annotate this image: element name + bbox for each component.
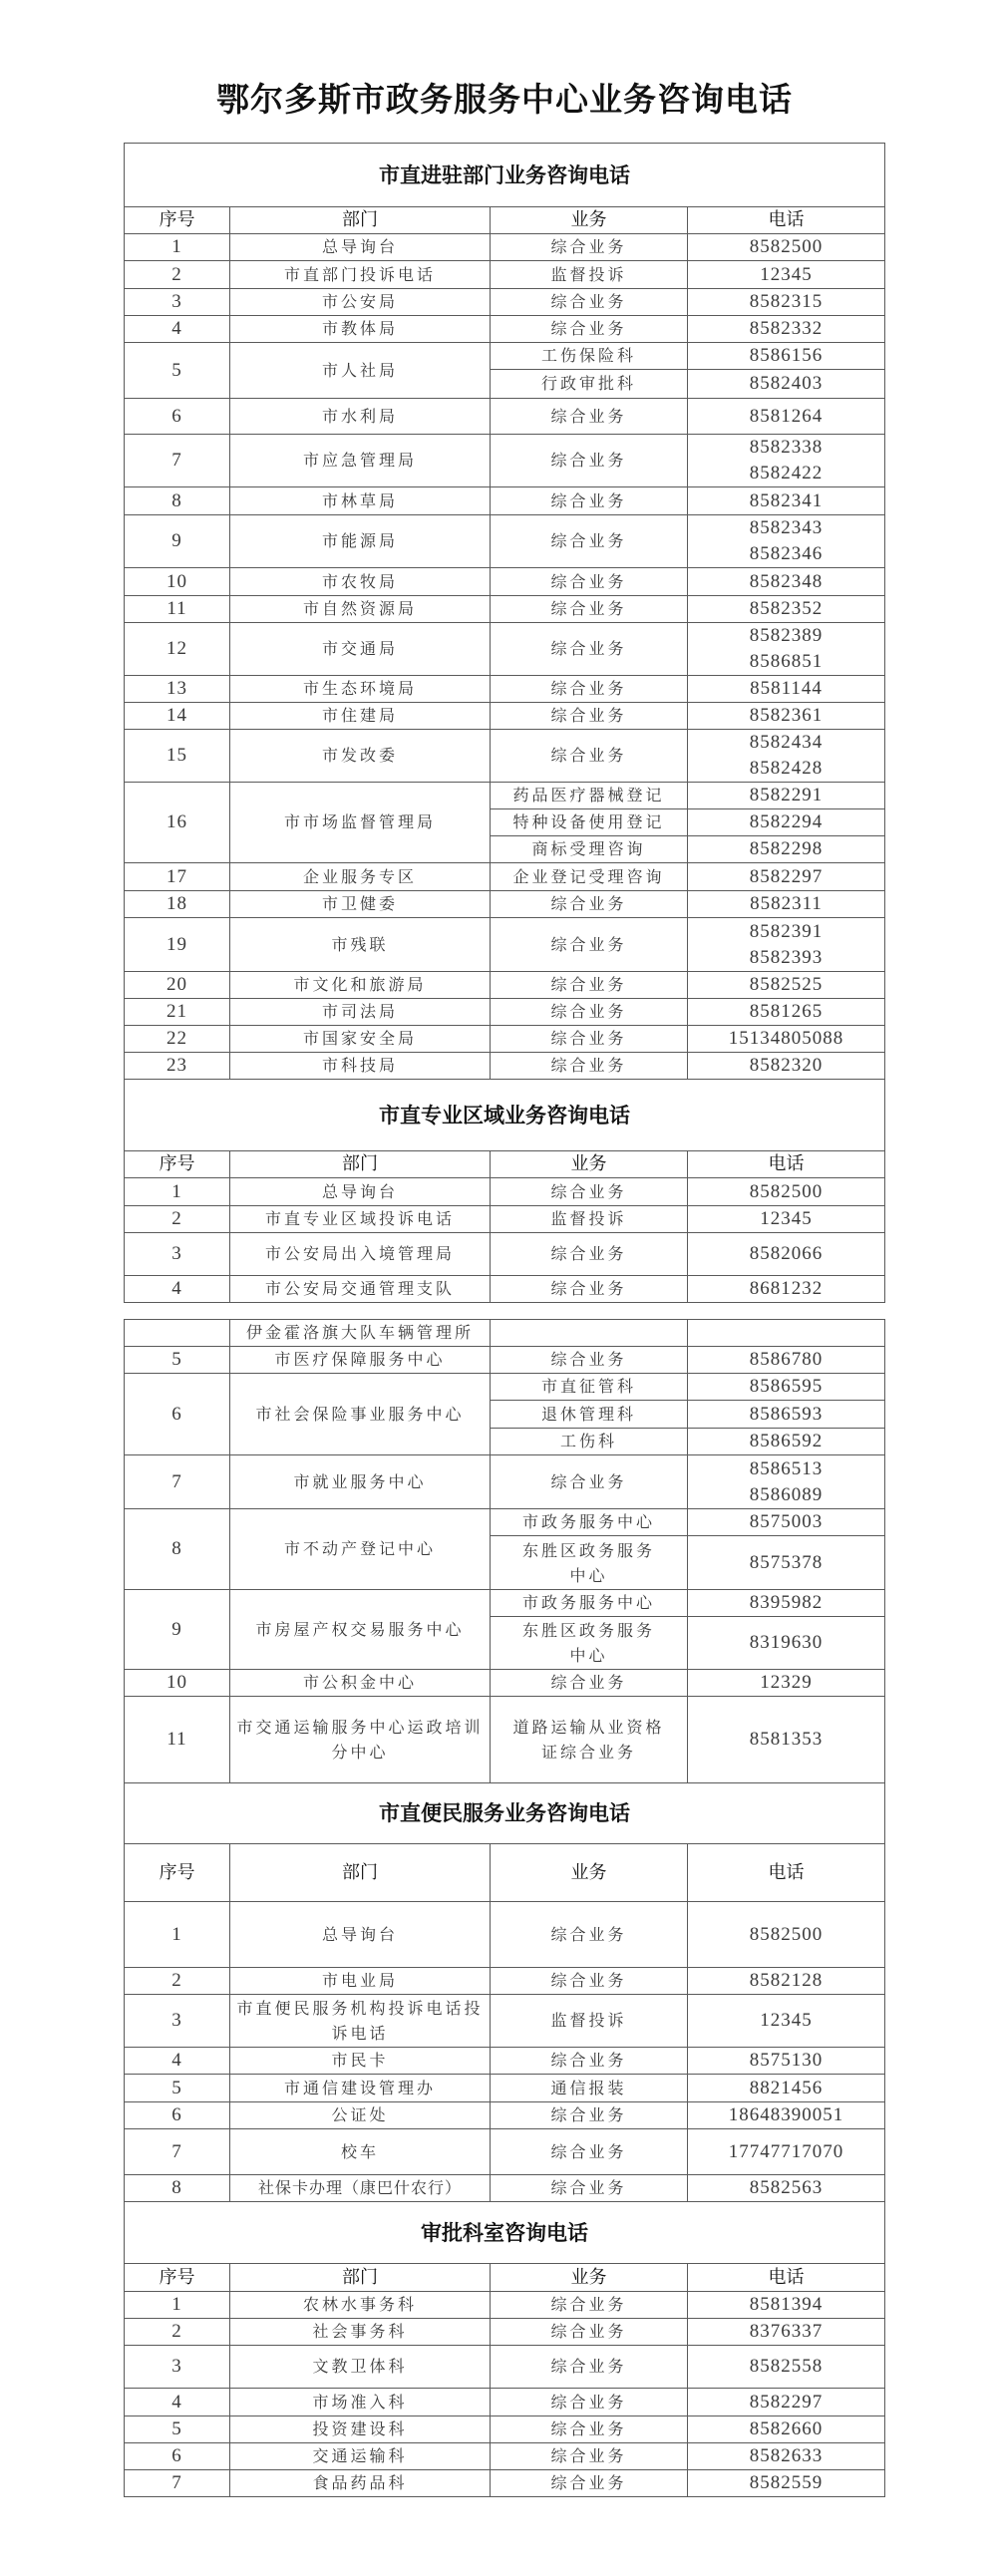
row-biz: 市政务服务中心 [491, 1509, 688, 1536]
row-no: 6 [125, 2102, 230, 2129]
row-no: 10 [125, 568, 230, 596]
row-dept: 市市场监督管理局 [230, 783, 491, 863]
header-biz: 业务 [491, 1151, 688, 1178]
phone-line[interactable]: 8582343 [688, 515, 884, 541]
row-phone[interactable]: 12345 [688, 261, 885, 289]
table-row: 4 市场准入科 综合业务 8582297 [125, 2389, 885, 2416]
row-no: 12 [125, 623, 230, 676]
row-dept: 市司法局 [230, 999, 491, 1026]
row-no: 3 [125, 2346, 230, 2389]
phone-line[interactable]: 8582338 [688, 435, 884, 461]
header-dept: 部门 [230, 1151, 491, 1178]
phone-line[interactable]: 8582391 [688, 919, 884, 945]
table-row: 4 市民卡 综合业务 8575130 [125, 2048, 885, 2075]
table-row: 3 市公安局 综合业务 8582315 [125, 289, 885, 316]
row-no: 8 [125, 2175, 230, 2202]
row-no: 3 [125, 1233, 230, 1276]
row-phone[interactable]: 8586513 8586089 [688, 1455, 885, 1509]
row-biz: 综合业务 [491, 2048, 688, 2075]
row-phone[interactable]: 8582403 [688, 370, 885, 399]
table-row: 8 市林草局 综合业务 8582341 [125, 487, 885, 515]
row-biz: 综合业务 [491, 1178, 688, 1206]
row-phone[interactable]: 8582500 [688, 1178, 885, 1206]
table-row: 4 市教体局 综合业务 8582332 [125, 316, 885, 343]
section-title: 市直专业区域业务咨询电话 [125, 1080, 885, 1151]
table-row: 11 市自然资源局 综合业务 8582352 [125, 596, 885, 623]
row-no: 5 [125, 1347, 230, 1374]
row-no: 14 [125, 703, 230, 730]
row-no: 2 [125, 261, 230, 289]
row-dept: 市人社局 [230, 343, 491, 399]
row-dept: 农林水事务科 [230, 2292, 491, 2319]
table-row: 23 市科技局 综合业务 8582320 [125, 1053, 885, 1080]
row-no: 5 [125, 2075, 230, 2102]
row-phone[interactable]: 8575378 [688, 1536, 885, 1590]
header-biz: 业务 [491, 207, 688, 234]
row-phone[interactable]: 12345 [688, 1995, 885, 2048]
header-phone: 电话 [688, 2264, 885, 2292]
row-biz: 综合业务 [491, 316, 688, 343]
table-row: 16 市市场监督管理局 药品医疗器械登记 8582291 [125, 783, 885, 809]
row-dept: 市交通局 [230, 623, 491, 676]
row-biz: 综合业务 [491, 1902, 688, 1968]
row-biz: 综合业务 [491, 289, 688, 316]
table-row: 7 校车 综合业务 17747717070 [125, 2129, 885, 2175]
table-row: 2 市直专业区域投诉电话 监督投诉 12345 [125, 1206, 885, 1233]
row-phone[interactable]: 12345 [688, 1206, 885, 1233]
header-no: 序号 [125, 2264, 230, 2292]
table-row: 14 市住建局 综合业务 8582361 [125, 703, 885, 730]
row-no: 4 [125, 1276, 230, 1303]
row-no: 17 [125, 863, 230, 891]
row-dept: 社会事务科 [230, 2319, 491, 2346]
column-header-row: 序号 部门 业务 电话 [125, 2264, 885, 2292]
row-dept: 市通信建设管理办 [230, 2075, 491, 2102]
row-dept: 市水利局 [230, 399, 491, 435]
row-biz: 综合业务 [491, 2175, 688, 2202]
row-dept: 公证处 [230, 2102, 491, 2129]
table-row-continuation: 伊金霍洛旗大队车辆管理所 [125, 1320, 885, 1347]
row-no: 21 [125, 999, 230, 1026]
row-phone[interactable]: 8582294 [688, 809, 885, 836]
row-dept: 总导询台 [230, 1902, 491, 1968]
row-biz: 综合业务 [491, 1026, 688, 1053]
row-dept: 市不动产登记中心 [230, 1509, 491, 1590]
row-phone[interactable]: 8582500 [688, 1902, 885, 1968]
row-phone[interactable]: 8582128 [688, 1968, 885, 1995]
row-biz: 监督投诉 [491, 1995, 688, 2048]
row-phone[interactable]: 85823438582346 [688, 515, 885, 568]
row-no: 11 [125, 1697, 230, 1783]
row-phone[interactable]: 8582352 [688, 596, 885, 623]
row-dept: 市民卡 [230, 2048, 491, 2075]
row-biz: 综合业务 [491, 918, 688, 972]
row-phone[interactable]: 8581265 [688, 999, 885, 1026]
row-phone[interactable]: 8575003 [688, 1509, 885, 1536]
row-biz: 综合业务 [491, 2470, 688, 2497]
row-biz: 综合业务 [491, 596, 688, 623]
row-no: 10 [125, 1670, 230, 1697]
row-phone[interactable]: 8586595 [688, 1374, 885, 1401]
row-biz: 综合业务 [491, 1670, 688, 1697]
row-phone[interactable]: 8582559 [688, 2470, 885, 2497]
row-no: 2 [125, 1968, 230, 1995]
table-row: 9 市房屋产权交易服务中心 市政务服务中心 8395982 [125, 1590, 885, 1617]
row-biz: 道路运输从业资格证综合业务 [491, 1697, 688, 1783]
row-biz: 东胜区政务服务中心 [491, 1536, 688, 1590]
row-phone[interactable]: 8582660 [688, 2416, 885, 2443]
row-biz: 退休管理科 [491, 1401, 688, 1429]
row-biz: 市政务服务中心 [491, 1590, 688, 1617]
row-dept: 市社会保险事业服务中心 [230, 1374, 491, 1455]
row-phone[interactable]: 8581144 [688, 676, 885, 703]
row-biz: 工伤保险科 [491, 343, 688, 370]
row-biz: 综合业务 [491, 568, 688, 596]
table-row: 3 文教卫体科 综合业务 8582558 [125, 2346, 885, 2389]
phone-line[interactable]: 8582434 [688, 730, 884, 756]
row-biz: 综合业务 [491, 730, 688, 783]
row-no: 6 [125, 399, 230, 435]
row-dept: 投资建设科 [230, 2416, 491, 2443]
row-dept: 市应急管理局 [230, 435, 491, 487]
row-dept: 市发改委 [230, 730, 491, 783]
table-row: 6 交通运输科 综合业务 8582633 [125, 2443, 885, 2470]
row-biz: 商标受理咨询 [491, 836, 688, 863]
row-no: 19 [125, 918, 230, 972]
row-biz: 综合业务 [491, 399, 688, 435]
row-phone[interactable]: 8582066 [688, 1233, 885, 1276]
row-phone[interactable]: 8582563 [688, 2175, 885, 2202]
row-phone[interactable]: 12329 [688, 1670, 885, 1697]
header-no: 序号 [125, 207, 230, 234]
row-dept: 市直便民服务机构投诉电话投诉电话 [230, 1995, 491, 2048]
row-phone[interactable]: 8582558 [688, 2346, 885, 2389]
row-phone[interactable]: 15134805088 [688, 1026, 885, 1053]
row-biz: 东胜区政务服务中心 [491, 1617, 688, 1670]
row-no: 5 [125, 2416, 230, 2443]
row-no: 6 [125, 2443, 230, 2470]
row-biz: 通信报装 [491, 2075, 688, 2102]
header-phone: 电话 [688, 1844, 885, 1902]
row-dept: 总导询台 [230, 1178, 491, 1206]
header-no: 序号 [125, 1844, 230, 1902]
table-row: 7 市就业服务中心 综合业务 8586513 8586089 [125, 1455, 885, 1509]
row-dept: 市生态环境局 [230, 676, 491, 703]
row-biz: 综合业务 [491, 435, 688, 487]
row-biz: 综合业务 [491, 515, 688, 568]
row-phone[interactable]: 8821456 [688, 2075, 885, 2102]
row-dept: 市国家安全局 [230, 1026, 491, 1053]
row-dept: 市文化和旅游局 [230, 972, 491, 999]
row-phone[interactable]: 8575130 [688, 2048, 885, 2075]
row-dept: 市林草局 [230, 487, 491, 515]
row-no: 3 [125, 289, 230, 316]
row-biz: 综合业务 [491, 2389, 688, 2416]
row-biz: 监督投诉 [491, 261, 688, 289]
row-no: 5 [125, 343, 230, 399]
table-row: 5 市人社局 工伤保险科 8586156 [125, 343, 885, 370]
row-phone[interactable]: 8581353 [688, 1697, 885, 1783]
row-no: 2 [125, 2319, 230, 2346]
table-row: 13 市生态环境局 综合业务 8581144 [125, 676, 885, 703]
header-phone: 电话 [688, 207, 885, 234]
row-biz: 综合业务 [491, 1968, 688, 1995]
table-row: 5 市医疗保障服务中心 综合业务 8586780 [125, 1347, 885, 1374]
table-row: 1 总导询台 综合业务 8582500 [125, 234, 885, 261]
table-row: 7 市应急管理局 综合业务 85823388582422 [125, 435, 885, 487]
phone-line[interactable]: 8586851 [688, 649, 884, 675]
header-biz: 业务 [491, 1844, 688, 1902]
table-row: 11 市交通运输服务中心运政培训分中心 道路运输从业资格证综合业务 858135… [125, 1697, 885, 1783]
table-row: 5 市通信建设管理办 通信报装 8821456 [125, 2075, 885, 2102]
row-no: 7 [125, 435, 230, 487]
row-no: 16 [125, 783, 230, 863]
row-no: 4 [125, 316, 230, 343]
row-biz: 综合业务 [491, 2292, 688, 2319]
row-dept: 伊金霍洛旗大队车辆管理所 [230, 1320, 491, 1347]
table-row: 6 公证处 综合业务 18648390051 [125, 2102, 885, 2129]
table-row: 6 市水利局 综合业务 8581264 [125, 399, 885, 435]
row-no: 7 [125, 2470, 230, 2497]
empty-cell [491, 1320, 688, 1347]
row-dept: 市科技局 [230, 1053, 491, 1080]
table-row: 18 市卫健委 综合业务 8582311 [125, 891, 885, 918]
section-title: 审批科室咨询电话 [125, 2202, 885, 2264]
row-phone[interactable]: 8582297 [688, 2389, 885, 2416]
row-no: 8 [125, 487, 230, 515]
table-row: 10 市公积金中心 综合业务 12329 [125, 1670, 885, 1697]
row-dept: 市公安局出入境管理局 [230, 1233, 491, 1276]
phone-line[interactable]: 8582346 [688, 541, 884, 567]
row-dept: 社保卡办理（康巴什农行） [230, 2175, 491, 2202]
row-biz: 综合业务 [491, 2416, 688, 2443]
row-phone[interactable]: 8376337 [688, 2319, 885, 2346]
table-row: 1 总导询台 综合业务 8582500 [125, 1178, 885, 1206]
row-dept: 市直部门投诉电话 [230, 261, 491, 289]
row-dept: 交通运输科 [230, 2443, 491, 2470]
table-row: 17 企业服务专区 企业登记受理咨询 8582297 [125, 863, 885, 891]
row-no: 1 [125, 1902, 230, 1968]
row-phone[interactable]: 8582633 [688, 2443, 885, 2470]
row-phone[interactable]: 8395982 [688, 1590, 885, 1617]
row-phone[interactable]: 8582315 [688, 289, 885, 316]
row-dept: 市房屋产权交易服务中心 [230, 1590, 491, 1670]
row-biz: 综合业务 [491, 891, 688, 918]
row-phone[interactable]: 8582348 [688, 568, 885, 596]
phone-line[interactable]: 8582428 [688, 756, 884, 782]
header-dept: 部门 [230, 207, 491, 234]
row-biz: 综合业务 [491, 1276, 688, 1303]
row-no: 6 [125, 1374, 230, 1455]
row-no: 1 [125, 1178, 230, 1206]
row-biz: 综合业务 [491, 972, 688, 999]
table-row: 6 市社会保险事业服务中心 市直征管科 8586595 [125, 1374, 885, 1401]
row-no: 23 [125, 1053, 230, 1080]
table-row: 19 市残联 综合业务 85823918582393 [125, 918, 885, 972]
row-no: 4 [125, 2048, 230, 2075]
row-no: 7 [125, 1455, 230, 1509]
row-phone[interactable]: 85823918582393 [688, 918, 885, 972]
row-dept: 市住建局 [230, 703, 491, 730]
row-dept: 市残联 [230, 918, 491, 972]
table-row: 10 市农牧局 综合业务 8582348 [125, 568, 885, 596]
empty-cell [125, 1320, 230, 1347]
row-no: 2 [125, 1206, 230, 1233]
phone-line[interactable]: 8582389 [688, 623, 884, 649]
table-row: 7 食品药品科 综合业务 8582559 [125, 2470, 885, 2497]
row-no: 7 [125, 2129, 230, 2175]
table-row: 15 市发改委 综合业务 85824348582428 [125, 730, 885, 783]
table-row: 2 市电业局 综合业务 8582128 [125, 1968, 885, 1995]
row-dept: 市电业局 [230, 1968, 491, 1995]
row-dept: 市能源局 [230, 515, 491, 568]
row-biz: 综合业务 [491, 2102, 688, 2129]
row-biz: 综合业务 [491, 2346, 688, 2389]
row-phone[interactable]: 8582298 [688, 836, 885, 863]
row-no: 8 [125, 1509, 230, 1590]
row-phone[interactable]: 8582297 [688, 863, 885, 891]
row-biz: 综合业务 [491, 999, 688, 1026]
row-biz: 综合业务 [491, 623, 688, 676]
row-biz: 综合业务 [491, 1053, 688, 1080]
row-phone[interactable]: 85824348582428 [688, 730, 885, 783]
row-phone[interactable]: 8586593 [688, 1401, 885, 1429]
row-phone[interactable]: 8582311 [688, 891, 885, 918]
row-biz: 监督投诉 [491, 1206, 688, 1233]
row-dept: 市自然资源局 [230, 596, 491, 623]
row-no: 18 [125, 891, 230, 918]
row-phone[interactable]: 8581264 [688, 399, 885, 435]
section-title: 市直便民服务业务咨询电话 [125, 1783, 885, 1844]
row-dept: 市公积金中心 [230, 1670, 491, 1697]
table-row: 22 市国家安全局 综合业务 15134805088 [125, 1026, 885, 1053]
row-dept: 总导询台 [230, 234, 491, 261]
row-dept: 市农牧局 [230, 568, 491, 596]
row-phone[interactable]: 8582341 [688, 487, 885, 515]
row-phone[interactable]: 8582525 [688, 972, 885, 999]
row-dept: 文教卫体科 [230, 2346, 491, 2389]
row-no: 11 [125, 596, 230, 623]
row-phone[interactable]: 8582291 [688, 783, 885, 809]
row-biz: 企业登记受理咨询 [491, 863, 688, 891]
header-dept: 部门 [230, 2264, 491, 2292]
row-phone[interactable]: 17747717070 [688, 2129, 885, 2175]
row-no: 15 [125, 730, 230, 783]
row-biz: 综合业务 [491, 703, 688, 730]
table-row: 1 总导询台 综合业务 8582500 [125, 1902, 885, 1968]
row-biz: 市直征管科 [491, 1374, 688, 1401]
column-header-row: 序号 部门 业务 电话 [125, 207, 885, 234]
row-dept: 市交通运输服务中心运政培训分中心 [230, 1697, 491, 1783]
header-dept: 部门 [230, 1844, 491, 1902]
row-no: 9 [125, 1590, 230, 1670]
table-row: 4 市公安局交通管理支队 综合业务 8681232 [125, 1276, 885, 1303]
row-dept: 市公安局 [230, 289, 491, 316]
table-row: 8 社保卡办理（康巴什农行） 综合业务 8582563 [125, 2175, 885, 2202]
row-no: 20 [125, 972, 230, 999]
row-dept: 市就业服务中心 [230, 1455, 491, 1509]
row-phone[interactable]: 8586592 [688, 1429, 885, 1455]
phone-line[interactable]: 8582422 [688, 461, 884, 486]
phone-table-continued: 伊金霍洛旗大队车辆管理所 5 市医疗保障服务中心 综合业务 8586780 6 … [124, 1319, 885, 2497]
section-title: 市直进驻部门业务咨询电话 [125, 144, 885, 207]
header-no: 序号 [125, 1151, 230, 1178]
table-row: 2 市直部门投诉电话 监督投诉 12345 [125, 261, 885, 289]
table-row: 20 市文化和旅游局 综合业务 8582525 [125, 972, 885, 999]
header-phone: 电话 [688, 1151, 885, 1178]
table-row: 1 农林水事务科 综合业务 8581394 [125, 2292, 885, 2319]
row-biz: 药品医疗器械登记 [491, 783, 688, 809]
row-no: 13 [125, 676, 230, 703]
row-phone[interactable]: 8582500 [688, 234, 885, 261]
row-no: 3 [125, 1995, 230, 2048]
row-biz: 综合业务 [491, 1233, 688, 1276]
row-biz: 特种设备使用登记 [491, 809, 688, 836]
row-dept: 市场准入科 [230, 2389, 491, 2416]
row-no: 1 [125, 2292, 230, 2319]
row-biz: 工伤科 [491, 1429, 688, 1455]
row-no: 9 [125, 515, 230, 568]
table-row: 5 投资建设科 综合业务 8582660 [125, 2416, 885, 2443]
row-biz: 综合业务 [491, 676, 688, 703]
row-phone[interactable]: 8586156 [688, 343, 885, 370]
row-no: 1 [125, 234, 230, 261]
row-phone[interactable]: 85823388582422 [688, 435, 885, 487]
table-row: 3 市公安局出入境管理局 综合业务 8582066 [125, 1233, 885, 1276]
row-dept: 市教体局 [230, 316, 491, 343]
document-title: 鄂尔多斯市政务服务中心业务咨询电话 [0, 78, 997, 122]
row-biz: 行政审批科 [491, 370, 688, 399]
table-row: 12 市交通局 综合业务 85823898586851 [125, 623, 885, 676]
table-row: 2 社会事务科 综合业务 8376337 [125, 2319, 885, 2346]
table-row: 9 市能源局 综合业务 85823438582346 [125, 515, 885, 568]
row-no: 22 [125, 1026, 230, 1053]
row-phone[interactable]: 8681232 [688, 1276, 885, 1303]
row-dept: 市直专业区域投诉电话 [230, 1206, 491, 1233]
table-row: 3 市直便民服务机构投诉电话投诉电话 监督投诉 12345 [125, 1995, 885, 2048]
phone-table-main: 市直进驻部门业务咨询电话 序号 部门 业务 电话 1 总导询台 综合业务 858… [124, 143, 885, 1303]
row-phone[interactable]: 8319630 [688, 1617, 885, 1670]
header-biz: 业务 [491, 2264, 688, 2292]
row-phone[interactable]: 8586780 [688, 1347, 885, 1374]
column-header-row: 序号 部门 业务 电话 [125, 1844, 885, 1902]
row-dept: 市卫健委 [230, 891, 491, 918]
row-biz: 综合业务 [491, 487, 688, 515]
row-biz: 综合业务 [491, 2319, 688, 2346]
row-dept: 市医疗保障服务中心 [230, 1347, 491, 1374]
table-row: 21 市司法局 综合业务 8581265 [125, 999, 885, 1026]
phone-line[interactable]: 8582393 [688, 945, 884, 971]
row-biz: 综合业务 [491, 1455, 688, 1509]
row-dept: 企业服务专区 [230, 863, 491, 891]
row-dept: 市公安局交通管理支队 [230, 1276, 491, 1303]
row-biz: 综合业务 [491, 2129, 688, 2175]
table-row: 8 市不动产登记中心 市政务服务中心 8575003 [125, 1509, 885, 1536]
row-phone[interactable]: 8581394 [688, 2292, 885, 2319]
row-phone[interactable]: 8582332 [688, 316, 885, 343]
row-no: 4 [125, 2389, 230, 2416]
column-header-row: 序号 部门 业务 电话 [125, 1151, 885, 1178]
row-dept: 校车 [230, 2129, 491, 2175]
row-dept: 食品药品科 [230, 2470, 491, 2497]
row-phone[interactable]: 85823898586851 [688, 623, 885, 676]
row-biz: 综合业务 [491, 2443, 688, 2470]
row-phone[interactable]: 18648390051 [688, 2102, 885, 2129]
row-phone[interactable]: 8582361 [688, 703, 885, 730]
empty-cell [688, 1320, 885, 1347]
row-biz: 综合业务 [491, 1347, 688, 1374]
row-phone[interactable]: 8582320 [688, 1053, 885, 1080]
